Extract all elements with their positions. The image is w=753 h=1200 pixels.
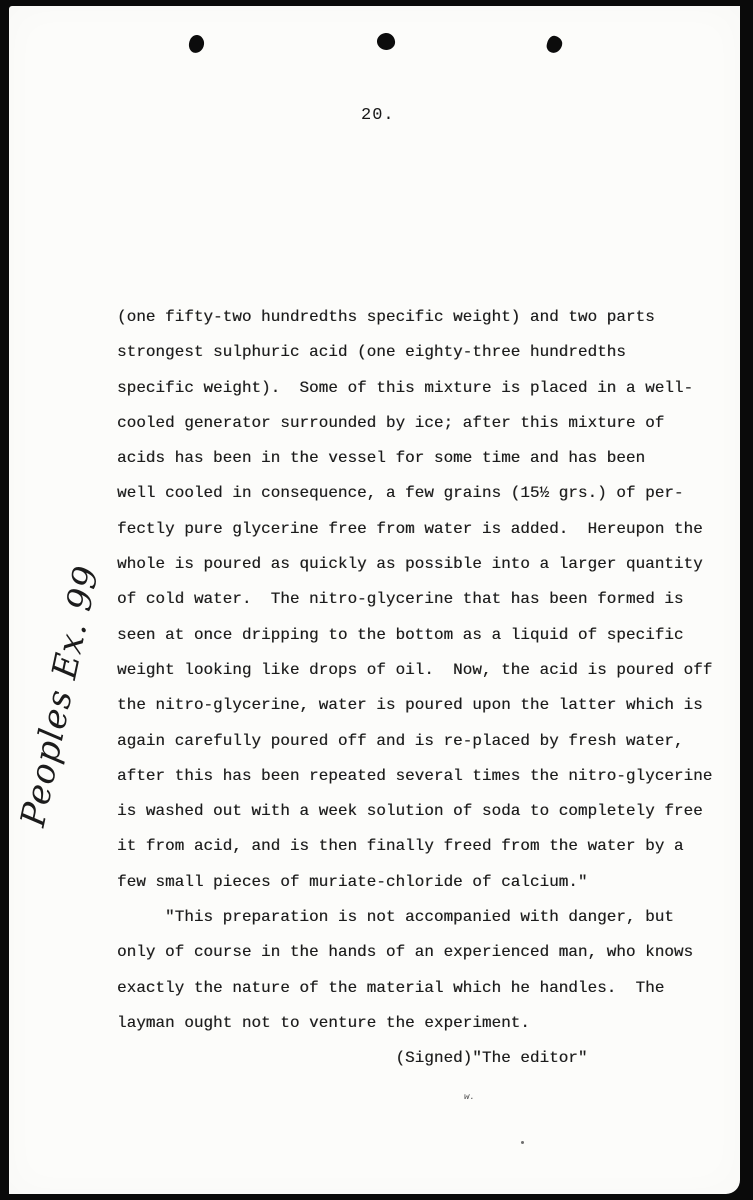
typed-line: exactly the nature of the material which… — [117, 971, 729, 1006]
typed-line: of cold water. The nitro-glycerine that … — [117, 582, 729, 617]
typed-text-block: (one fifty-two hundredths specific weigh… — [117, 300, 729, 1077]
typed-line: the nitro-glycerine, water is poured upo… — [117, 688, 729, 723]
typed-line: acids has been in the vessel for some ti… — [117, 441, 729, 476]
typed-line: it from acid, and is then finally freed … — [117, 829, 729, 864]
typed-line: layman ought not to venture the experime… — [117, 1006, 729, 1041]
page-number: 20. — [361, 106, 395, 125]
typed-line: is washed out with a week solution of so… — [117, 794, 729, 829]
typed-line: whole is poured as quickly as possible i… — [117, 547, 729, 582]
ink-speck — [521, 1141, 524, 1144]
scanned-document: 20. Peoples Ex. 99 (one fifty-two hundre… — [0, 0, 753, 1200]
typed-line: seen at once dripping to the bottom as a… — [117, 618, 729, 653]
typed-line: strongest sulphuric acid (one eighty-thr… — [117, 335, 729, 370]
typed-line: few small pieces of muriate-chloride of … — [117, 865, 729, 900]
typed-line: specific weight). Some of this mixture i… — [117, 371, 729, 406]
typed-line: (Signed)"The editor" — [117, 1041, 729, 1076]
typed-line: after this has been repeated several tim… — [117, 759, 729, 794]
typed-line: again carefully poured off and is re-pla… — [117, 724, 729, 759]
typed-line: well cooled in consequence, a few grains… — [117, 476, 729, 511]
stray-ink-mark: w. — [463, 1092, 476, 1102]
typed-line: "This preparation is not accompanied wit… — [117, 900, 729, 935]
typed-line: (one fifty-two hundredths specific weigh… — [117, 300, 729, 335]
typed-line: only of course in the hands of an experi… — [117, 935, 729, 970]
typed-line: weight looking like drops of oil. Now, t… — [117, 653, 729, 688]
typed-line: cooled generator surrounded by ice; afte… — [117, 406, 729, 441]
typed-line: fectly pure glycerine free from water is… — [117, 512, 729, 547]
